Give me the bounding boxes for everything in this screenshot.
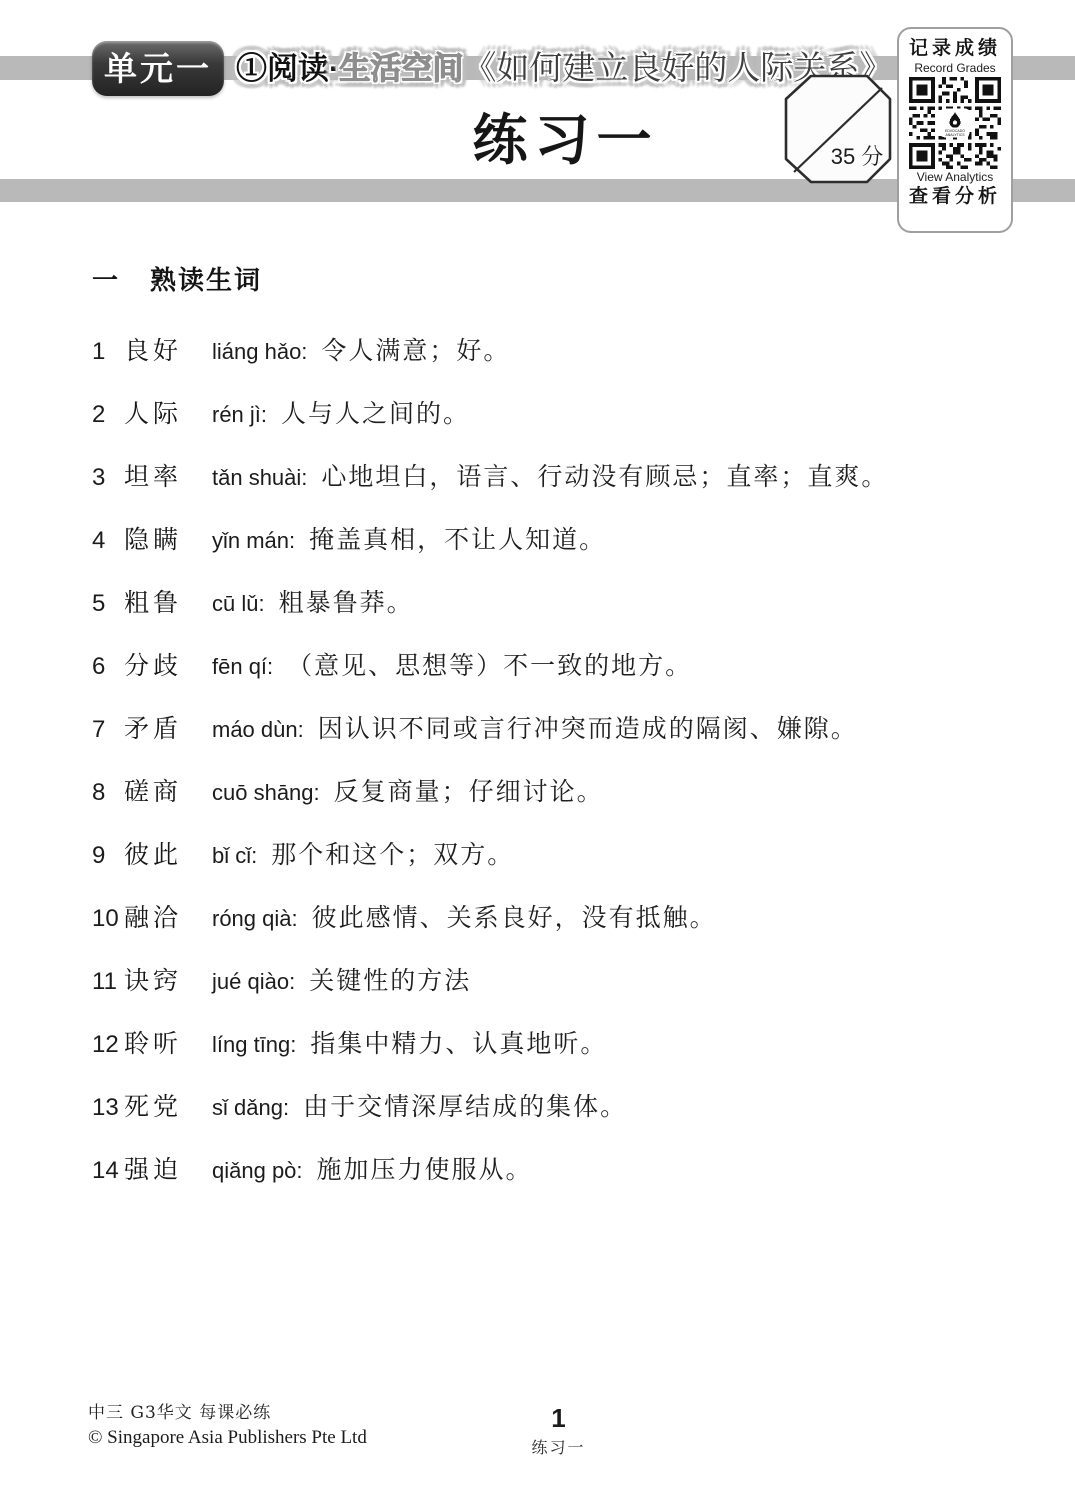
vocab-word: 粗鲁 [124,583,212,619]
qr-panel: 记录成绩 Record Grades [897,27,1013,233]
vocab-word: 聆听 [124,1024,212,1060]
vocab-item: 7 矛盾 máo dùn: 因认识不同或言行冲突而造成的隔阂、嫌隙。 [92,709,1045,743]
vocab-item: 1 良好 liáng hǎo: 令人满意；好。 [92,331,1045,365]
vocab-number: 2 [92,401,124,429]
score-box: 35 分 [782,72,894,186]
vocab-item: 8 磋商 cuō shāng: 反复商量；仔细讨论。 [92,772,1045,806]
lesson-strand: 生活空间 [339,51,463,86]
vocab-word: 良好 [124,331,212,367]
vocab-number: 3 [92,464,124,492]
vocab-item: 4 隐瞒 yǐn mán: 掩盖真相，不让人知道。 [92,520,1045,554]
vocab-number: 5 [92,590,124,618]
page-number: 1 [42,1404,1075,1433]
vocab-item: 6 分歧 fēn qí: （意见、思想等）不一致的地方。 [92,646,1045,680]
vocab-pinyin: cuō shāng: [212,780,320,806]
vocab-number: 4 [92,527,124,555]
vocab-word: 诀窍 [124,961,212,997]
vocab-item: 11 诀窍 jué qiào: 关键性的方法 [92,961,1045,995]
vocab-item: 2 人际 rén jì: 人与人之间的。 [92,394,1045,428]
vocab-definition: 掩盖真相，不让人知道。 [309,520,606,556]
vocab-item: 14 强迫 qiǎng pò: 施加压力使服从。 [92,1150,1045,1184]
vocab-word: 磋商 [124,772,212,808]
vocab-item: 12 聆听 líng tīng: 指集中精力、认真地听。 [92,1024,1045,1058]
score-points-label: 35 分 [831,144,884,169]
lesson-tag: ①阅读 [236,51,329,86]
vocab-number: 1 [92,338,124,366]
vocab-item: 10 融洽 róng qià: 彼此感情、关系良好，没有抵触。 [92,898,1045,932]
vocab-number: 13 [92,1094,124,1122]
vocab-pinyin: sǐ dǎng: [212,1095,289,1121]
qr-logo-line2: ANALYTICS [945,133,965,137]
vocab-pinyin: róng qià: [212,906,298,932]
section-heading: 一熟读生词 [92,260,262,297]
vocab-number: 12 [92,1031,124,1059]
qr-footer-en: View Analytics [917,170,993,184]
vocab-word: 死党 [124,1087,212,1123]
vocab-list: 1 良好 liáng hǎo: 令人满意；好。 2 人际 rén jì: 人与人… [92,331,1045,1213]
vocab-definition: 令人满意；好。 [321,331,510,367]
vocab-word: 人际 [124,394,212,430]
vocab-number: 6 [92,653,124,681]
vocab-pinyin: bǐ cǐ: [212,843,257,869]
vocab-pinyin: qiǎng pò: [212,1158,303,1184]
workbook-page: 单元一 ①阅读·生活空间《如何建立良好的人际关系》 练习一 35 分 记录成绩 … [0,0,1075,1486]
vocab-number: 8 [92,779,124,807]
qr-code: EDVOCADO ANALYTICS [909,77,1001,169]
vocab-word: 强迫 [124,1150,212,1186]
unit-badge-label: 单元一 [104,52,212,85]
section-title: 熟读生词 [150,265,262,295]
footer-page-block: 1 练习一 [0,1404,1075,1458]
vocab-pinyin: rén jì: [212,402,267,428]
lesson-dot-separator: · [329,51,339,86]
section-number: 一 [92,265,120,295]
vocab-number: 7 [92,716,124,744]
vocab-definition: 施加压力使服从。 [317,1150,533,1186]
vocab-definition: 指集中精力、认真地听。 [310,1024,607,1060]
vocab-definition: 由于交情深厚结成的集体。 [303,1087,627,1123]
vocab-definition: 反复商量；仔细讨论。 [334,772,604,808]
vocab-word: 矛盾 [124,709,212,745]
vocab-number: 9 [92,842,124,870]
vocab-word: 隐瞒 [124,520,212,556]
vocab-word: 融洽 [124,898,212,934]
vocab-definition: （意见、思想等）不一致的地方。 [287,646,692,682]
vocab-number: 11 [92,968,124,996]
vocab-item: 13 死党 sǐ dǎng: 由于交情深厚结成的集体。 [92,1087,1045,1121]
vocab-pinyin: máo dùn: [212,717,304,743]
avocado-pit [953,121,957,125]
vocab-definition: 粗暴鲁莽。 [279,583,414,619]
vocab-definition: 因认识不同或言行冲突而造成的隔阂、嫌隙。 [318,709,858,745]
vocab-pinyin: liáng hǎo: [212,339,307,365]
qr-title-en: Record Grades [914,61,995,75]
vocab-number: 10 [92,905,124,933]
qr-footer-zh: 查看分析 [909,185,1001,209]
vocab-definition: 那个和这个；双方。 [271,835,514,871]
vocab-pinyin: fēn qí: [212,654,273,680]
vocab-pinyin: yǐn mán: [212,528,295,554]
vocab-word: 分歧 [124,646,212,682]
vocab-pinyin: líng tīng: [212,1032,296,1058]
vocab-word: 坦率 [124,457,212,493]
qr-title-zh: 记录成绩 [909,37,1001,61]
page-exercise-label: 练习一 [42,1435,1075,1458]
vocab-item: 9 彼此 bǐ cǐ: 那个和这个；双方。 [92,835,1045,869]
vocab-definition: 关键性的方法 [309,961,471,997]
vocab-word: 彼此 [124,835,212,871]
vocab-definition: 彼此感情、关系良好，没有抵触。 [312,898,717,934]
vocab-definition: 人与人之间的。 [281,394,470,430]
vocab-pinyin: jué qiào: [212,969,295,995]
vocab-number: 14 [92,1157,124,1185]
vocab-item: 3 坦率 tǎn shuài: 心地坦白，语言、行动没有顾忌；直率；直爽。 [92,457,1045,491]
vocab-pinyin: tǎn shuài: [212,465,307,491]
unit-badge: 单元一 [92,41,224,96]
vocab-pinyin: cū lǔ: [212,591,265,617]
vocab-item: 5 粗鲁 cū lǔ: 粗暴鲁莽。 [92,583,1045,617]
vocab-definition: 心地坦白，语言、行动没有顾忌；直率；直爽。 [321,457,888,493]
